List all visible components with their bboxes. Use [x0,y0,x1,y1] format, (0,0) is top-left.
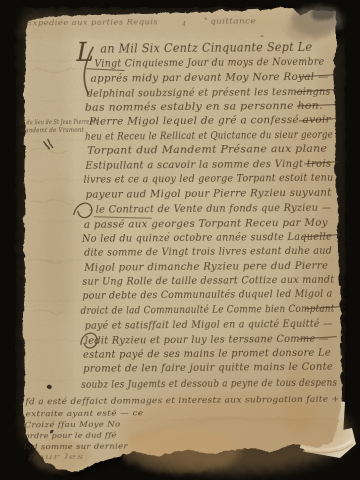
dropcap-initial: L [75,38,94,68]
body-line: apprés midy par devant Moy Nore Royal — [91,71,329,85]
top-annotation-mark: 4 [181,21,186,28]
manuscript-scan: Expediée aux parties Requis 4 quittance … [0,0,360,480]
body-line: Vingt Cinquiesme Jour du moys de Novembr… [94,56,324,70]
body-line: Torpant dud Mandemt Présane aux plane [87,143,327,157]
body-line: pour debte des Communaultés duquel led M… [82,288,332,302]
body-line: heu et Receu le Rellicat et Quictance du… [85,129,333,143]
body-line: Migol pour dimanche Ryzieu pere dud Pier… [83,260,328,274]
body-line: ledit Ryzieu et pour luy les terssane Co… [85,333,329,347]
body-line: promet de len faire jouir quitte mains l… [83,361,333,375]
body-line: Pierre Migol lequel de gré a confessé av… [88,114,332,128]
body-line: delphinal soubzsigné et présent les tesm… [87,86,331,100]
body-line: droict de lad Communaulté Le Comme bien … [81,303,335,317]
body-line: bas nommés estably en sa personne hon. [85,100,323,114]
body-line: dite somme de Vingt trois livres estant … [84,245,332,259]
body-line: payeur aud Migol pour Pierre Ryzieu suyv… [86,187,333,201]
margin-note-line: mandemt de Vramont [20,127,84,135]
top-annotation-right: quittance [210,16,256,25]
bottom-note-line: pour les [28,453,84,461]
scanned-manuscript-viewer: Expediée aux parties Requis 4 quittance … [0,0,360,480]
body-line: a passé aux georges Torpant Receu par Mo… [84,217,329,231]
body-line: an Mil Six Centz Cinquante Sept Le [100,40,312,56]
body-line: soubz les Jugemts et dessoub a peyne de … [81,377,337,391]
body-line: estant payé de ses mains le promet donso… [83,347,331,361]
body-line: le Contract de Vente dun fonds que Ryzie… [96,202,332,216]
body-line: livres et ce a quoy led george Torpant e… [83,172,333,186]
body-line: Estipullant a scavoir la somme des Vingt… [84,158,331,172]
margin-note-line: fa du lieu de St Jean Pierre Mt [19,119,98,127]
bottom-note-line: Croizé ffau Moye No [25,420,121,430]
body-line: sur Ung Rolle de taille dessart Cottize … [82,274,335,288]
top-annotation-left: Expediée aux parties Requis [25,17,158,27]
bottom-note-line: lad somme sur dernier [24,441,128,451]
bottom-note-line: extraite ayant esté — ce [25,408,143,418]
body-line: payé et satisffait led Migol en a quicté… [85,318,333,332]
bottom-note-line: ordre pour le dud ffé [25,431,117,441]
body-line: No led du quinze octobre année susdte La… [81,231,332,245]
